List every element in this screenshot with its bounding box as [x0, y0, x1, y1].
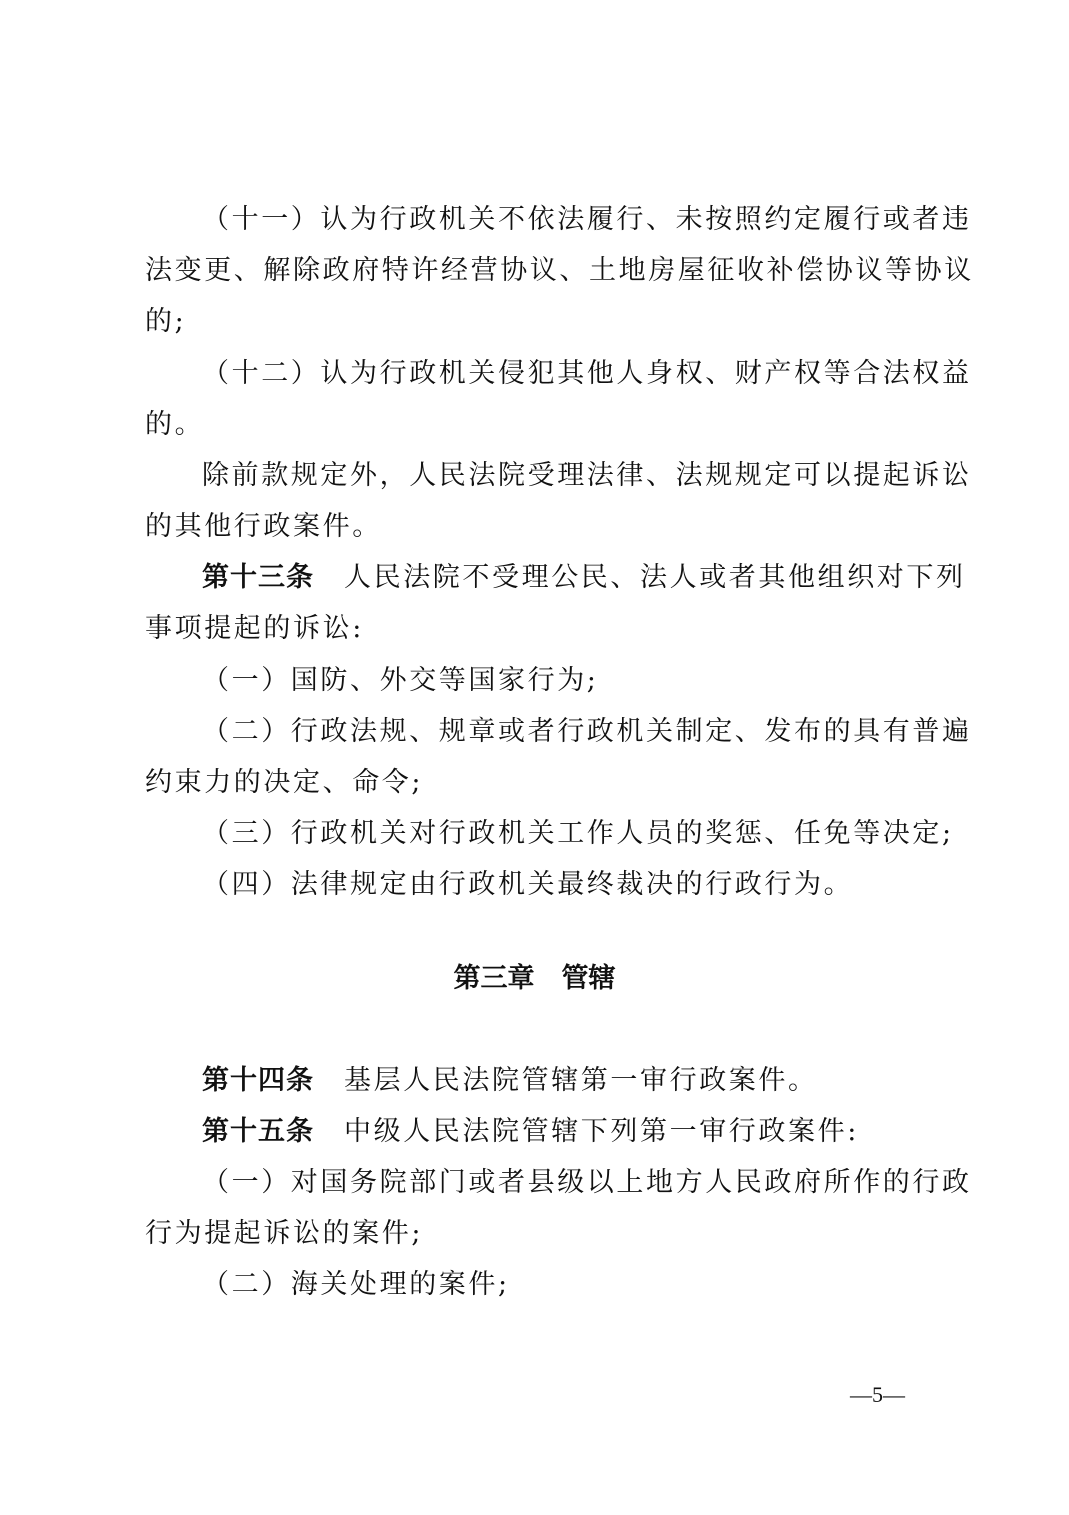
- paragraph-line: 的。: [145, 408, 945, 442]
- paragraph-line: 事项提起的诉讼:: [145, 612, 945, 646]
- paragraph-line: 法变更、解除政府特许经营协议、土地房屋征收补偿协议等协议: [145, 254, 945, 288]
- list-item-cont: 行为提起诉讼的案件;: [145, 1217, 945, 1251]
- paragraph-line: （十二）认为行政机关侵犯其他人身权、财产权等合法权益: [202, 357, 945, 391]
- list-item: （一）国防、外交等国家行为;: [202, 664, 945, 698]
- list-item: （四）法律规定由行政机关最终裁决的行政行为。: [202, 868, 945, 902]
- article-label: 第十三条: [202, 562, 314, 593]
- list-item-cont: 约束力的决定、命令;: [145, 766, 945, 800]
- list-item: （一）对国务院部门或者县级以上地方人民政府所作的行政: [202, 1166, 945, 1200]
- article-label: 第十五条: [202, 1116, 314, 1147]
- chapter-title: 第三章 管辖: [0, 962, 1069, 996]
- paragraph-line: 的其他行政案件。: [145, 510, 945, 544]
- paragraph-line: 的;: [145, 305, 945, 339]
- article-text: 基层人民法院管辖第一审行政案件。: [344, 1065, 818, 1096]
- page-number: —5—: [850, 1380, 905, 1410]
- article-text: 中级人民法院管辖下列第一审行政案件:: [344, 1116, 859, 1147]
- list-item: （二）行政法规、规章或者行政机关制定、发布的具有普遍: [202, 715, 945, 749]
- paragraph-line: 除前款规定外，人民法院受理法律、法规规定可以提起诉讼: [202, 459, 945, 493]
- article-label: 第十四条: [202, 1065, 314, 1096]
- list-item: （二）海关处理的案件;: [202, 1268, 945, 1302]
- article-13: 第十三条人民法院不受理公民、法人或者其他组织对下列: [202, 561, 945, 595]
- article-text: 人民法院不受理公民、法人或者其他组织对下列: [344, 562, 966, 593]
- article-14: 第十四条基层人民法院管辖第一审行政案件。: [202, 1064, 945, 1098]
- list-item: （三）行政机关对行政机关工作人员的奖惩、任免等决定;: [202, 817, 945, 851]
- article-15: 第十五条中级人民法院管辖下列第一审行政案件:: [202, 1115, 945, 1149]
- paragraph-line: （十一）认为行政机关不依法履行、未按照约定履行或者违: [202, 203, 945, 237]
